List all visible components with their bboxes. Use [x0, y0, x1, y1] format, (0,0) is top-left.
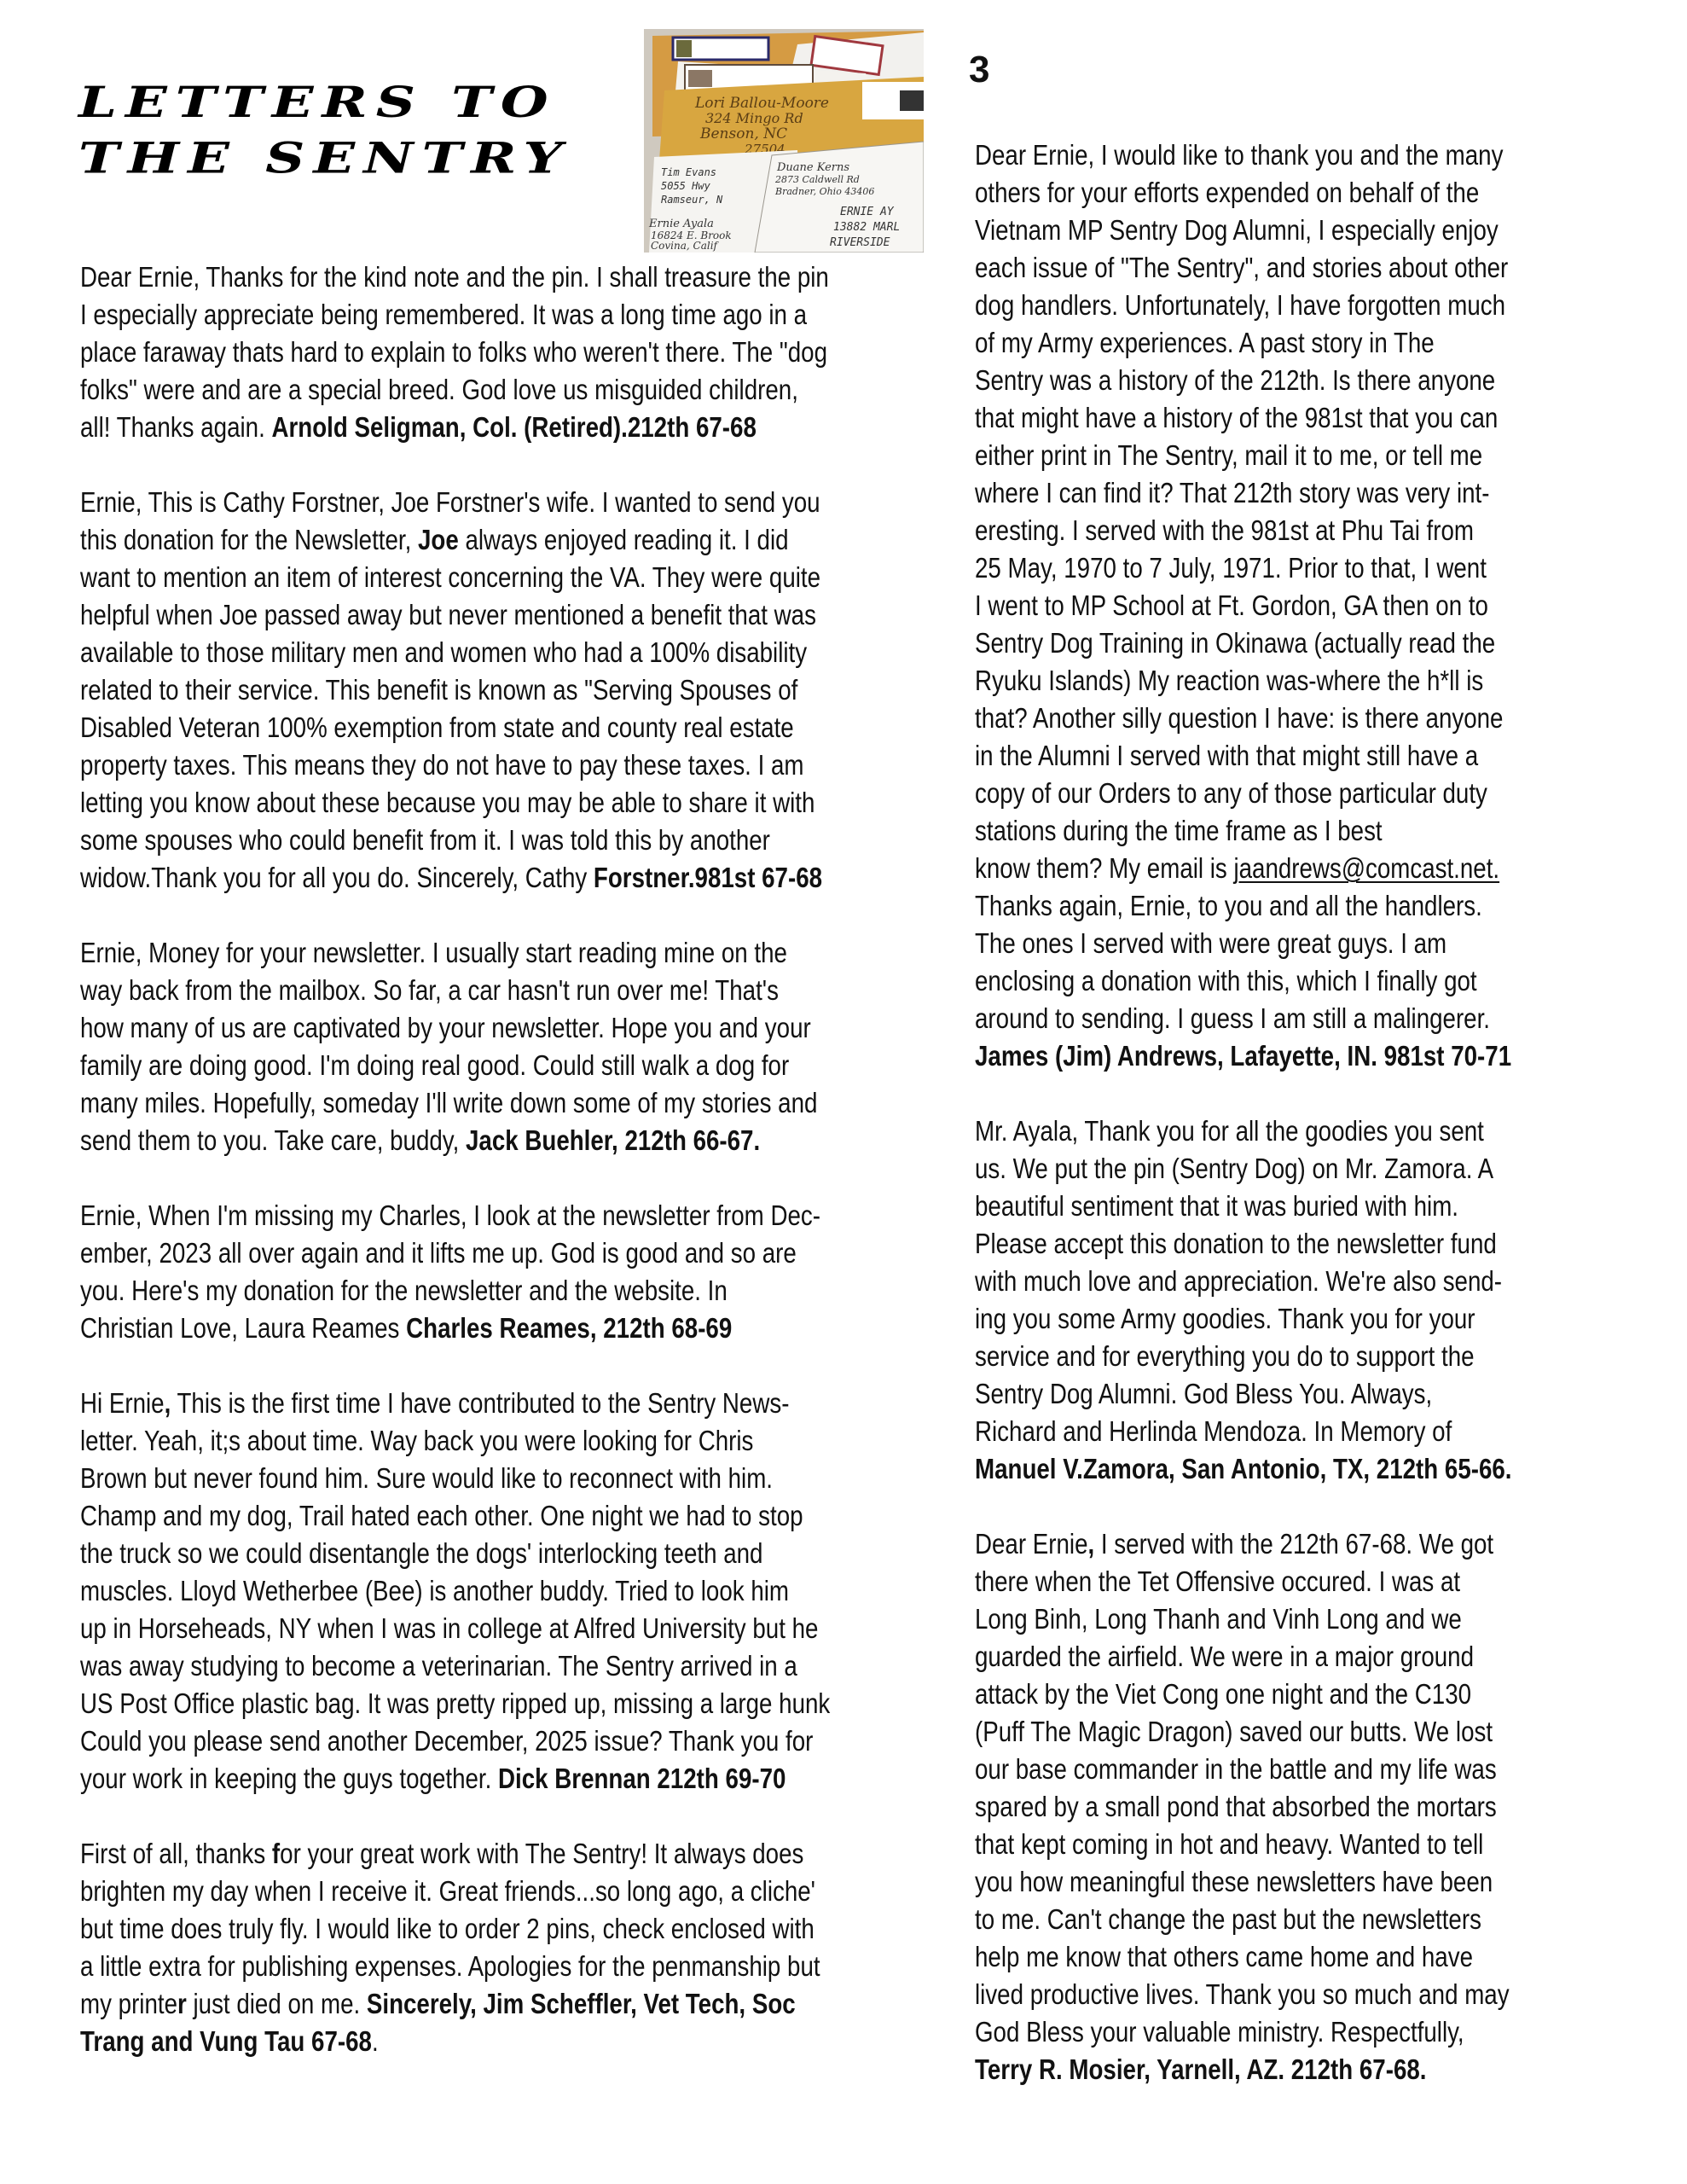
letter-text: This is the first time I have contribute…	[171, 1387, 789, 1419]
page-number: 3	[969, 49, 989, 90]
letter-line: US Post Office plastic bag. It was prett…	[80, 1685, 818, 1722]
letter-line: Sentry Dog Alumni. God Bless You. Always…	[975, 1375, 1533, 1413]
letter-text: your work in keeping the guys together.	[80, 1763, 498, 1794]
letter-text: send them to you. Take care, buddy,	[80, 1124, 466, 1156]
right-column: Dear Ernie, I would like to thank you an…	[975, 136, 1640, 2126]
letter-text: ember, 2023 all over again and it lifts …	[80, 1237, 797, 1269]
letter-2: Mr. Ayala, Thank you for all the goodies…	[975, 1112, 1640, 1488]
letter-text: Ernie, When I'm missing my Charles, I lo…	[80, 1199, 820, 1231]
letter-text: Please accept this donation to the newsl…	[975, 1228, 1497, 1259]
signature-text: Charles Reames, 212th 68-69	[406, 1312, 732, 1344]
svg-text:Benson, NC: Benson, NC	[699, 125, 787, 142]
signature-text: f	[272, 1838, 280, 1869]
letter-line: Mr. Ayala, Thank you for all the goodies…	[975, 1112, 1533, 1150]
letter-line: helpful when Joe passed away but never m…	[80, 596, 818, 634]
envelopes-photo: Lori Ballou-Moore 324 Mingo Rd Benson, N…	[644, 29, 924, 253]
title-line-1: LETTERS TO	[78, 75, 641, 131]
letter-text: Christian Love, Laura Reames	[80, 1312, 406, 1344]
letter-line: place faraway thats hard to explain to f…	[80, 334, 818, 371]
letter-line: many miles. Hopefully, someday I'll writ…	[80, 1084, 818, 1122]
letter-line: this donation for the Newsletter, Joe al…	[80, 521, 818, 559]
letter-line: stations during the time frame as I best	[975, 812, 1533, 850]
letter-line: (Puff The Magic Dragon) saved our butts.…	[975, 1713, 1533, 1751]
letter-line: you how meaningful these newsletters hav…	[975, 1863, 1533, 1901]
letter-text: First of all, thanks	[80, 1838, 272, 1869]
letter-text: where I can find it? That 212th story wa…	[975, 477, 1489, 508]
signature-text: r	[177, 1988, 187, 2019]
letter-line: God Bless your valuable ministry. Respec…	[975, 2013, 1533, 2051]
letter-text: that might have a history of the 981st t…	[975, 402, 1498, 433]
letter-text: Ernie, This is Cathy Forstner, Joe Forst…	[80, 486, 820, 518]
letter-text: I served with the 212th 67-68. We got	[1094, 1528, 1493, 1560]
letter-line: guarded the airfield. We were in a major…	[975, 1638, 1533, 1676]
page-title: LETTERS TO THE SENTRY	[78, 75, 641, 187]
svg-text:Ernie Ayala: Ernie Ayala	[648, 218, 714, 230]
letter-text: family are doing good. I'm doing real go…	[80, 1049, 789, 1081]
letter-text: each issue of "The Sentry", and stories …	[975, 252, 1508, 283]
letter-line: First of all, thanks for your great work…	[80, 1835, 818, 1873]
letter-line: know them? My email is jaandrews@comcast…	[975, 850, 1533, 887]
letter-line: Trang and Vung Tau 67-68.	[80, 2023, 818, 2060]
letter-line: muscles. Lloyd Wetherbee (Bee) is anothe…	[80, 1572, 818, 1610]
letter-text: I especially appreciate being remembered…	[80, 299, 807, 330]
letter-line: I especially appreciate being remembered…	[80, 296, 818, 334]
letter-text: attack by the Viet Cong one night and th…	[975, 1678, 1471, 1710]
signature-text: Arnold Seligman, Col. (Retired).212th 67…	[271, 411, 756, 443]
letter-text: way back from the mailbox. So far, a car…	[80, 974, 779, 1006]
letter-text: that kept coming in hot and heavy. Wante…	[975, 1828, 1483, 1860]
letter-line: help me know that others came home and h…	[975, 1938, 1533, 1976]
svg-text:13882 MARL: 13882 MARL	[833, 221, 900, 234]
letter-text: know them? My email is	[975, 852, 1233, 884]
letter-line: property taxes. This means they do not h…	[80, 746, 818, 784]
letter-text: you. Here's my donation for the newslett…	[80, 1275, 728, 1306]
letter-line: Manuel V.Zamora, San Antonio, TX, 212th …	[975, 1450, 1533, 1488]
letter-line: all! Thanks again. Arnold Seligman, Col.…	[80, 409, 818, 446]
letter-text: Dear Ernie, Thanks for the kind note and…	[80, 261, 829, 293]
signature-text: Joe	[418, 524, 459, 555]
letter-line: service and for everything you do to sup…	[975, 1338, 1533, 1375]
letter-text: Sentry was a history of the 212th. Is th…	[975, 364, 1495, 396]
title-line-2: THE SENTRY	[78, 131, 641, 188]
letter-line: family are doing good. I'm doing real go…	[80, 1047, 818, 1084]
letter-line: us. We put the pin (Sentry Dog) on Mr. Z…	[975, 1150, 1533, 1188]
letter-line: letting you know about these because you…	[80, 784, 818, 822]
letter-text: Ryuku Islands) My reaction was-where the…	[975, 665, 1483, 696]
letter-text: widow.Thank you for all you do. Sincerel…	[80, 862, 594, 893]
letter-2: Ernie, This is Cathy Forstner, Joe Forst…	[80, 484, 959, 897]
letter-6: First of all, thanks for your great work…	[80, 1835, 959, 2060]
letter-5: Hi Ernie, This is the first time I have …	[80, 1385, 959, 1798]
letter-text: .	[372, 2025, 379, 2057]
letter-text: but time does truly fly. I would like to…	[80, 1913, 815, 1944]
letter-text: copy of our Orders to any of those parti…	[975, 777, 1487, 809]
letter-line: Disabled Veteran 100% exemption from sta…	[80, 709, 818, 746]
letter-1: Dear Ernie, Thanks for the kind note and…	[80, 258, 959, 446]
email-link[interactable]: jaandrews@comcast.net.	[1233, 852, 1499, 884]
letter-text: there when the Tet Offensive occured. I …	[975, 1565, 1460, 1597]
svg-text:Ramseur, N: Ramseur, N	[661, 194, 723, 206]
letter-line: The ones I served with were great guys. …	[975, 925, 1533, 962]
letter-line: Could you please send another December, …	[80, 1722, 818, 1760]
letter-line: others for your efforts expended on beha…	[975, 174, 1533, 212]
letter-line: our base commander in the battle and my …	[975, 1751, 1533, 1788]
letter-text: with much love and appreciation. We're a…	[975, 1265, 1502, 1297]
letter-text: available to those military men and wome…	[80, 636, 807, 668]
svg-text:Bradner, Ohio 43406: Bradner, Ohio 43406	[774, 186, 874, 197]
letter-line: enclosing a donation with this, which I …	[975, 962, 1533, 1000]
letter-line: Hi Ernie, This is the first time I have …	[80, 1385, 818, 1422]
letter-line: that might have a history of the 981st t…	[975, 399, 1533, 437]
letter-line: copy of our Orders to any of those parti…	[975, 775, 1533, 812]
letter-text: enclosing a donation with this, which I …	[975, 965, 1477, 996]
letter-text: folks" were and are a special breed. God…	[80, 374, 798, 405]
letter-text: dog handlers. Unfortunately, I have forg…	[975, 289, 1505, 321]
letter-line: letter. Yeah, it;s about time. Way back …	[80, 1422, 818, 1460]
letter-line: Dear Ernie, I served with the 212th 67-6…	[975, 1525, 1533, 1563]
letter-line: Thanks again, Ernie, to you and all the …	[975, 887, 1533, 925]
letter-text: just died on me.	[187, 1988, 367, 2019]
letter-line: brighten my day when I receive it. Great…	[80, 1873, 818, 1910]
letter-line: Ernie, Money for your newsletter. I usua…	[80, 934, 818, 972]
svg-text:324 Mingo Rd: 324 Mingo Rd	[705, 110, 803, 126]
letter-text: Mr. Ayala, Thank you for all the goodies…	[975, 1115, 1484, 1147]
letter-text: God Bless your valuable ministry. Respec…	[975, 2016, 1464, 2047]
letter-line: Champ and my dog, Trail hated each other…	[80, 1497, 818, 1535]
letter-line: you. Here's my donation for the newslett…	[80, 1272, 818, 1310]
letter-text: letter. Yeah, it;s about time. Way back …	[80, 1425, 753, 1456]
letter-text: (Puff The Magic Dragon) saved our butts.…	[975, 1716, 1493, 1747]
letter-text: Champ and my dog, Trail hated each other…	[80, 1500, 803, 1531]
letter-text: Long Binh, Long Thanh and Vinh Long and …	[975, 1603, 1462, 1635]
signature-text: Forstner.981st 67-68	[594, 862, 822, 893]
letter-line: way back from the mailbox. So far, a car…	[80, 972, 818, 1009]
letter-text: or your great work with The Sentry! It a…	[280, 1838, 803, 1869]
letter-line: each issue of "The Sentry", and stories …	[975, 249, 1533, 287]
letter-text: to me. Can't change the past but the new…	[975, 1903, 1481, 1935]
letter-line: ing you some Army goodies. Thank you for…	[975, 1300, 1533, 1338]
letter-line: attack by the Viet Cong one night and th…	[975, 1676, 1533, 1713]
letter-text: eresting. I served with the 981st at Phu…	[975, 514, 1474, 546]
letter-line: that? Another silly question I have: is …	[975, 700, 1533, 737]
signature-text: Jack Buehler, 212th 66-67.	[466, 1124, 760, 1156]
letter-line: Brown but never found him. Sure would li…	[80, 1460, 818, 1497]
letter-line: of my Army experiences. A past story in …	[975, 324, 1533, 362]
letter-3: Ernie, Money for your newsletter. I usua…	[80, 934, 959, 1159]
letter-line: Dear Ernie, Thanks for the kind note and…	[80, 258, 818, 296]
signature-text: Manuel V.Zamora, San Antonio, TX, 212th …	[975, 1453, 1512, 1484]
letter-text: lived productive lives. Thank you so muc…	[975, 1978, 1510, 2010]
letter-line: but time does truly fly. I would like to…	[80, 1910, 818, 1948]
letter-line: ember, 2023 all over again and it lifts …	[80, 1234, 818, 1272]
letter-1: Dear Ernie, I would like to thank you an…	[975, 136, 1640, 1075]
letter-line: eresting. I served with the 981st at Phu…	[975, 512, 1533, 549]
letter-line: was away studying to become a veterinari…	[80, 1647, 818, 1685]
letter-line: in the Alumni I served with that might s…	[975, 737, 1533, 775]
letter-line: Long Binh, Long Thanh and Vinh Long and …	[975, 1600, 1533, 1638]
signature-text: Sincerely, Jim Scheffler, Vet Tech, Soc	[367, 1988, 796, 2019]
letter-text: others for your efforts expended on beha…	[975, 177, 1479, 208]
letter-text: guarded the airfield. We were in a major…	[975, 1641, 1474, 1672]
letter-text: always enjoyed reading it. I did	[459, 524, 789, 555]
letter-line: Ernie, This is Cathy Forstner, Joe Forst…	[80, 484, 818, 521]
letter-3: Dear Ernie, I served with the 212th 67-6…	[975, 1525, 1640, 2088]
letter-text: Could you please send another December, …	[80, 1725, 813, 1757]
svg-text:Duane Kerns: Duane Kerns	[776, 161, 849, 174]
letter-text: Richard and Herlinda Mendoza. In Memory …	[975, 1415, 1452, 1447]
svg-text:5055 Hwy: 5055 Hwy	[661, 180, 711, 192]
letter-text: property taxes. This means they do not h…	[80, 749, 803, 781]
letter-text: our base commander in the battle and my …	[975, 1753, 1497, 1785]
letter-line: either print in The Sentry, mail it to m…	[975, 437, 1533, 474]
letter-text: service and for everything you do to sup…	[975, 1340, 1475, 1372]
letter-line: that kept coming in hot and heavy. Wante…	[975, 1826, 1533, 1863]
letter-line: Dear Ernie, I would like to thank you an…	[975, 136, 1533, 174]
letter-text: ing you some Army goodies. Thank you for…	[975, 1303, 1475, 1334]
letter-text: that? Another silly question I have: is …	[975, 702, 1503, 734]
letter-line: Terry R. Mosier, Yarnell, AZ. 212th 67-6…	[975, 2051, 1533, 2088]
letter-line: James (Jim) Andrews, Lafayette, IN. 981s…	[975, 1037, 1533, 1075]
letter-text: Thanks again, Ernie, to you and all the …	[975, 890, 1482, 921]
svg-text:RIVERSIDE: RIVERSIDE	[830, 236, 890, 249]
letter-line: related to their service. This benefit i…	[80, 671, 818, 709]
svg-text:2873 Caldwell Rd: 2873 Caldwell Rd	[774, 174, 860, 185]
letter-line: Sentry Dog Training in Okinawa (actually…	[975, 624, 1533, 662]
signature-text: ,	[1087, 1528, 1094, 1560]
envelopes-photo-icon: Lori Ballou-Moore 324 Mingo Rd Benson, N…	[644, 29, 924, 253]
letter-text: was away studying to become a veterinari…	[80, 1650, 797, 1682]
letter-text: Sentry Dog Alumni. God Bless You. Always…	[975, 1378, 1432, 1409]
signature-text: Terry R. Mosier, Yarnell, AZ. 212th 67-6…	[975, 2053, 1426, 2085]
letter-text: us. We put the pin (Sentry Dog) on Mr. Z…	[975, 1153, 1493, 1184]
letter-text: in the Alumni I served with that might s…	[975, 740, 1478, 771]
letter-text: you how meaningful these newsletters hav…	[975, 1866, 1493, 1897]
letter-text: all! Thanks again.	[80, 411, 271, 443]
letter-text: Vietnam MP Sentry Dog Alumni, I especial…	[975, 214, 1499, 246]
letter-text: help me know that others came home and h…	[975, 1941, 1473, 1972]
letter-line: Richard and Herlinda Mendoza. In Memory …	[975, 1413, 1533, 1450]
letter-line: send them to you. Take care, buddy, Jack…	[80, 1122, 818, 1159]
letter-line: your work in keeping the guys together. …	[80, 1760, 818, 1798]
letter-line: how many of us are captivated by your ne…	[80, 1009, 818, 1047]
letter-text: muscles. Lloyd Wetherbee (Bee) is anothe…	[80, 1575, 789, 1606]
letter-text: helpful when Joe passed away but never m…	[80, 599, 816, 630]
letter-line: dog handlers. Unfortunately, I have forg…	[975, 287, 1533, 324]
letter-line: Ernie, When I'm missing my Charles, I lo…	[80, 1197, 818, 1234]
left-column: Dear Ernie, Thanks for the kind note and…	[80, 258, 959, 2098]
letter-text: some spouses who could benefit from it. …	[80, 824, 770, 856]
signature-text: Trang and Vung Tau 67-68	[80, 2025, 372, 2057]
letter-text: related to their service. This benefit i…	[80, 674, 797, 706]
letter-text: up in Horseheads, NY when I was in colle…	[80, 1612, 818, 1644]
letter-text: a little extra for publishing expenses. …	[80, 1950, 820, 1982]
letter-line: Sentry was a history of the 212th. Is th…	[975, 362, 1533, 399]
letter-text: The ones I served with were great guys. …	[975, 927, 1446, 959]
letter-line: my printer just died on me. Sincerely, J…	[80, 1985, 818, 2023]
letter-text: I went to MP School at Ft. Gordon, GA th…	[975, 590, 1488, 621]
letter-text: stations during the time frame as I best	[975, 815, 1383, 846]
letter-line: lived productive lives. Thank you so muc…	[975, 1976, 1533, 2013]
letter-text: many miles. Hopefully, someday I'll writ…	[80, 1087, 817, 1118]
letter-text: US Post Office plastic bag. It was prett…	[80, 1687, 830, 1719]
letter-line: with much love and appreciation. We're a…	[975, 1263, 1533, 1300]
letter-text: brighten my day when I receive it. Great…	[80, 1875, 815, 1907]
letter-line: up in Horseheads, NY when I was in colle…	[80, 1610, 818, 1647]
letter-line: the truck so we could disentangle the do…	[80, 1535, 818, 1572]
letter-text: my printe	[80, 1988, 177, 2019]
letter-text: around to sending. I guess I am still a …	[975, 1002, 1490, 1034]
letter-line: 25 May, 1970 to 7 July, 1971. Prior to t…	[975, 549, 1533, 587]
signature-text: ,	[165, 1387, 171, 1419]
letter-line: I went to MP School at Ft. Gordon, GA th…	[975, 587, 1533, 624]
letter-text: this donation for the Newsletter,	[80, 524, 418, 555]
letter-4: Ernie, When I'm missing my Charles, I lo…	[80, 1197, 959, 1347]
signature-text: Dick Brennan 212th 69-70	[498, 1763, 786, 1794]
letter-text: how many of us are captivated by your ne…	[80, 1012, 811, 1043]
letter-text: beautiful sentiment that it was buried w…	[975, 1190, 1458, 1222]
letter-text: Dear Ernie	[975, 1528, 1087, 1560]
letter-line: spared by a small pond that absorbed the…	[975, 1788, 1533, 1826]
letter-text: place faraway thats hard to explain to f…	[80, 336, 827, 368]
letter-text: letting you know about these because you…	[80, 787, 815, 818]
signature-text: James (Jim) Andrews, Lafayette, IN. 981s…	[975, 1040, 1511, 1072]
letter-line: some spouses who could benefit from it. …	[80, 822, 818, 859]
letter-line: to me. Can't change the past but the new…	[975, 1901, 1533, 1938]
letter-line: available to those military men and wome…	[80, 634, 818, 671]
letter-line: Vietnam MP Sentry Dog Alumni, I especial…	[975, 212, 1533, 249]
letter-text: the truck so we could disentangle the do…	[80, 1537, 762, 1569]
svg-text:Tim Evans: Tim Evans	[661, 166, 716, 178]
letter-text: want to mention an item of interest conc…	[80, 561, 820, 593]
letter-text: Brown but never found him. Sure would li…	[80, 1462, 773, 1494]
svg-text:Lori Ballou-Moore: Lori Ballou-Moore	[694, 95, 829, 112]
letter-line: where I can find it? That 212th story wa…	[975, 474, 1533, 512]
letter-text: either print in The Sentry, mail it to m…	[975, 439, 1482, 471]
letter-line: around to sending. I guess I am still a …	[975, 1000, 1533, 1037]
svg-text:Covina, Calif: Covina, Calif	[651, 240, 720, 252]
letter-line: Please accept this donation to the newsl…	[975, 1225, 1533, 1263]
letter-line: a little extra for publishing expenses. …	[80, 1948, 818, 1985]
letter-line: Ryuku Islands) My reaction was-where the…	[975, 662, 1533, 700]
svg-text:ERNIE AY: ERNIE AY	[840, 206, 895, 218]
letter-text: Sentry Dog Training in Okinawa (actually…	[975, 627, 1495, 659]
letter-text: Disabled Veteran 100% exemption from sta…	[80, 712, 794, 743]
letter-text: 25 May, 1970 to 7 July, 1971. Prior to t…	[975, 552, 1487, 584]
letter-line: folks" were and are a special breed. God…	[80, 371, 818, 409]
letter-text: of my Army experiences. A past story in …	[975, 327, 1435, 358]
letter-text: Hi Ernie	[80, 1387, 165, 1419]
letter-line: Christian Love, Laura Reames Charles Rea…	[80, 1310, 818, 1347]
letter-line: want to mention an item of interest conc…	[80, 559, 818, 596]
letter-line: there when the Tet Offensive occured. I …	[975, 1563, 1533, 1600]
letter-text: Ernie, Money for your newsletter. I usua…	[80, 937, 787, 968]
letter-text: spared by a small pond that absorbed the…	[975, 1791, 1497, 1822]
letter-line: beautiful sentiment that it was buried w…	[975, 1188, 1533, 1225]
letter-text: Dear Ernie, I would like to thank you an…	[975, 139, 1503, 171]
letter-line: widow.Thank you for all you do. Sincerel…	[80, 859, 818, 897]
